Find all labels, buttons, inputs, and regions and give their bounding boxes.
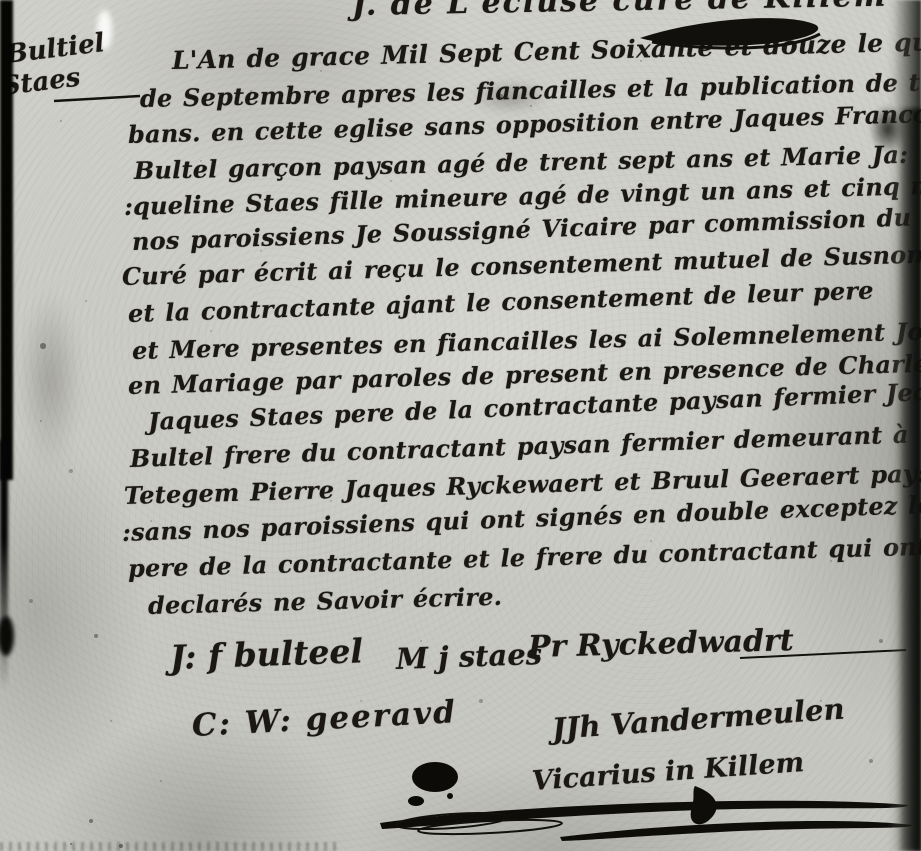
right-binding-dark-edge: [901, 108, 921, 851]
left-edge-scan-shadow: [0, 0, 13, 480]
bottom-edge-grime: [0, 842, 340, 851]
signature-ryckewaert: Pr Ryckedwadrt: [528, 623, 794, 665]
signature-staes: M j staes: [395, 637, 542, 676]
signature-bulteel: J: f bulteel: [169, 631, 363, 677]
manuscript-page: J. de L'ecluse curé de Killem Bultiel St…: [0, 0, 921, 851]
right-edge-ink-patch: [869, 104, 907, 154]
left-smudge: [18, 290, 82, 470]
